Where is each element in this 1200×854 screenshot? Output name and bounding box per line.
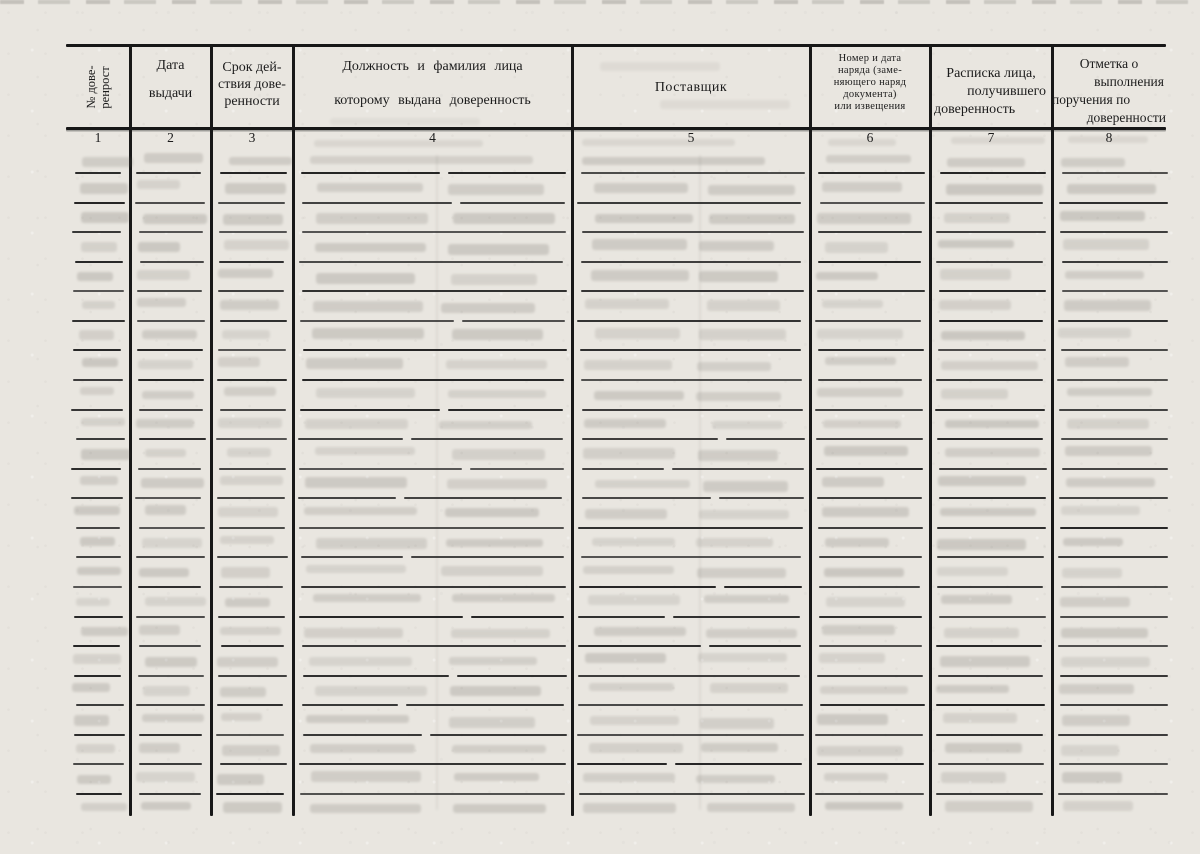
blank-row-line <box>217 556 288 558</box>
ghost-bleed-text <box>945 743 1021 754</box>
ghost-bleed-text <box>590 716 679 725</box>
column-number-3: 3 <box>211 130 293 148</box>
ghost-bleed-text <box>1062 772 1123 783</box>
blank-row-line <box>818 231 922 233</box>
blank-row-line <box>1062 468 1168 470</box>
ghost-bleed-text <box>223 802 282 812</box>
ghost-bleed-text <box>305 477 406 488</box>
blank-row-line <box>75 172 121 174</box>
ghost-bleed-text <box>315 447 415 456</box>
ghost-bleed-text <box>74 506 119 515</box>
blank-row-line <box>137 290 203 292</box>
ghost-bleed-text <box>317 183 423 193</box>
blank-row-line <box>457 675 567 677</box>
ghost-bleed-text <box>826 597 905 607</box>
blank-row-line <box>1062 261 1168 263</box>
blank-row-line <box>138 468 202 470</box>
ghost-bleed-text <box>145 505 186 515</box>
blank-row-line <box>216 793 284 795</box>
blank-row-line <box>219 468 286 470</box>
blank-row-line <box>1058 734 1168 736</box>
blank-row-line <box>73 290 124 292</box>
ghost-bleed-text <box>304 507 417 515</box>
ghost-bleed-text <box>822 507 909 517</box>
blank-row-line <box>936 261 1043 263</box>
blank-row-line <box>939 497 1046 499</box>
ghost-bleed-text <box>139 743 181 753</box>
blank-row-line <box>719 497 804 499</box>
blank-row-line <box>816 468 924 470</box>
column-number-1: 1 <box>66 130 130 148</box>
header-line: № дове- <box>84 65 98 108</box>
ghost-bleed-text <box>82 358 118 367</box>
ghost-bleed-text <box>937 567 1009 576</box>
blank-row-line <box>299 261 563 263</box>
ghost-bleed-text <box>225 598 270 607</box>
blank-row-line <box>137 320 205 322</box>
ghost-bleed-text <box>224 387 275 396</box>
scanned-page: № дове- ренрост Дата выдачи Срок дей- ст… <box>0 0 1200 854</box>
column-divider-3-4 <box>292 44 295 816</box>
ghost-bleed-text <box>1067 388 1152 396</box>
ghost-bleed-text <box>1064 300 1151 311</box>
blank-row-line <box>462 320 565 322</box>
ghost-bleed-text <box>582 139 735 146</box>
ghost-bleed-text <box>81 449 130 460</box>
ghost-bleed-text <box>137 270 190 281</box>
blank-row-line <box>138 379 204 381</box>
blank-row-line <box>1059 202 1168 204</box>
ghost-bleed-text <box>81 627 128 637</box>
ghost-bleed-text <box>145 449 186 457</box>
blank-row-line <box>1060 704 1168 706</box>
ghost-bleed-text <box>940 269 1012 280</box>
ghost-bleed-text <box>1060 211 1145 221</box>
ghost-bleed-text <box>706 629 797 638</box>
ghost-bleed-text <box>218 507 277 517</box>
ghost-bleed-text <box>595 328 680 339</box>
blank-row-line <box>577 202 801 204</box>
ghost-bleed-text <box>824 446 909 456</box>
blank-row-line <box>578 645 701 647</box>
blank-row-line <box>74 202 124 204</box>
ghost-bleed-text <box>222 745 280 756</box>
blank-row-line <box>302 379 564 381</box>
ghost-bleed-text <box>137 180 180 188</box>
blank-row-line <box>219 261 284 263</box>
ghost-bleed-text <box>220 687 266 698</box>
ghost-bleed-text <box>1066 478 1155 487</box>
blank-row-line <box>1062 290 1168 292</box>
ghost-bleed-text <box>1068 136 1149 143</box>
ghost-bleed-text <box>446 539 544 548</box>
blank-row-line <box>675 763 802 765</box>
blank-row-line <box>298 497 396 499</box>
ghost-bleed-text <box>936 685 1009 693</box>
ghost-bleed-text <box>1061 657 1149 667</box>
ghost-bleed-text <box>306 565 406 574</box>
blank-row-line <box>818 527 923 529</box>
ghost-bleed-text <box>227 448 271 457</box>
ghost-bleed-text <box>824 568 904 577</box>
blank-row-line <box>582 409 803 411</box>
ghost-bleed-text <box>584 419 666 428</box>
ghost-bleed-text <box>142 391 193 399</box>
ghost-bleed-text <box>1061 628 1147 638</box>
ghost-bleed-text <box>937 539 1025 550</box>
ghost-bleed-text <box>77 272 113 281</box>
blank-row-line <box>1061 438 1168 440</box>
ghost-bleed-text <box>447 479 547 489</box>
ghost-bleed-text <box>80 183 128 193</box>
ghost-bleed-text <box>828 139 895 146</box>
ghost-bleed-text <box>1062 568 1122 579</box>
blank-row-line <box>937 586 1043 588</box>
ghost-bleed-text <box>143 686 190 696</box>
blank-row-line <box>76 438 125 440</box>
spacer <box>130 74 211 85</box>
blank-row-line <box>577 320 801 322</box>
blank-row-line <box>136 616 204 618</box>
ghost-bleed-line <box>699 155 701 810</box>
ghost-bleed-text <box>454 773 539 781</box>
ghost-bleed-text <box>222 330 270 339</box>
blank-row-line <box>579 793 805 795</box>
ghost-bleed-text <box>594 627 686 636</box>
blank-row-line <box>578 704 803 706</box>
blank-row-line <box>818 349 924 351</box>
ghost-bleed-text <box>316 213 429 223</box>
blank-row-line <box>1058 320 1168 322</box>
ghost-bleed-text <box>315 243 427 253</box>
ghost-bleed-text <box>822 625 896 635</box>
blank-row-line <box>1062 172 1168 174</box>
ghost-bleed-text <box>944 213 1009 223</box>
ghost-bleed-text <box>1067 419 1149 430</box>
blank-row-line <box>581 556 800 558</box>
ghost-bleed-text <box>824 773 888 781</box>
ghost-bleed-text <box>940 656 1030 667</box>
header-line: выдачи <box>130 85 211 102</box>
blank-row-line <box>303 675 449 677</box>
ghost-bleed-text <box>945 448 1039 457</box>
ghost-bleed-text <box>313 594 421 602</box>
ghost-bleed-text <box>945 801 1033 811</box>
column-header-completion-mark: Отметка о выполнения поручения по довере… <box>1052 47 1166 135</box>
ghost-bleed-text <box>217 657 278 668</box>
blank-row-line <box>137 349 203 351</box>
ghost-bleed-text <box>938 476 1027 486</box>
ghost-bleed-text <box>817 714 888 724</box>
column-divider-7-8 <box>1051 44 1054 816</box>
blank-row-line <box>71 497 123 499</box>
ghost-bleed-text <box>1063 801 1132 810</box>
blank-row-line <box>819 556 922 558</box>
column-divider-5-6 <box>809 44 812 816</box>
blank-row-line <box>820 202 925 204</box>
blank-row-line <box>76 793 123 795</box>
ghost-bleed-text <box>941 389 1008 399</box>
column-header-supplier: Поставщик <box>572 47 810 127</box>
blank-row-line <box>939 616 1046 618</box>
blank-row-line <box>582 497 711 499</box>
blank-row-line <box>139 763 202 765</box>
blank-row-line <box>817 763 924 765</box>
blank-row-line <box>1057 379 1168 381</box>
ghost-bleed-text <box>136 772 194 783</box>
ghost-bleed-text <box>589 743 683 754</box>
ghost-bleed-text <box>142 714 204 722</box>
ghost-bleed-text <box>822 477 884 487</box>
blank-row-line <box>217 704 283 706</box>
ghost-bleed-text <box>592 538 675 547</box>
blank-row-line <box>302 704 398 706</box>
ghost-bleed-text <box>697 568 786 578</box>
blank-row-line <box>935 202 1042 204</box>
rotated-header-text: № дове- ренрост <box>84 65 112 108</box>
ghost-bleed-text <box>817 746 903 757</box>
blank-row-line <box>302 645 566 647</box>
ghost-bleed-text <box>825 538 890 547</box>
header-line: ренрост <box>98 65 112 108</box>
blank-row-line <box>303 349 567 351</box>
blank-row-line <box>815 409 922 411</box>
ghost-bleed-text <box>583 448 675 459</box>
ghost-bleed-text <box>139 568 189 577</box>
blank-row-line <box>578 527 803 529</box>
blank-row-line <box>448 409 564 411</box>
blank-row-line <box>140 261 204 263</box>
blank-row-line <box>299 527 565 529</box>
ghost-bleed-text <box>448 390 546 398</box>
blank-row-line <box>73 645 121 647</box>
ghost-bleed-text <box>708 185 795 195</box>
blank-row-line <box>709 645 801 647</box>
blank-row-line <box>936 734 1044 736</box>
blank-row-line <box>578 616 665 618</box>
blank-row-line <box>302 290 567 292</box>
ghost-bleed-text <box>304 628 403 639</box>
ghost-bleed-text <box>591 270 689 281</box>
blank-row-line <box>135 497 201 499</box>
ghost-bleed-text <box>229 157 293 165</box>
blank-row-line <box>219 231 287 233</box>
ghost-bleed-text <box>600 62 720 71</box>
ghost-bleed-text <box>452 329 543 339</box>
page-top-scan-edge <box>0 0 1200 4</box>
ghost-bleed-text <box>699 241 774 251</box>
ghost-bleed-text <box>582 157 765 165</box>
ghost-bleed-text <box>703 481 787 491</box>
header-line: выполнения <box>1052 73 1166 91</box>
ghost-bleed-text <box>819 653 885 663</box>
ghost-bleed-text <box>704 595 789 603</box>
ghost-bleed-text <box>446 360 547 369</box>
ghost-bleed-text <box>305 419 409 429</box>
ghost-bleed-text <box>951 137 1045 144</box>
blank-row-line <box>73 349 121 351</box>
blank-row-line <box>1060 231 1168 233</box>
ghost-bleed-text <box>224 240 288 250</box>
ghost-bleed-text <box>82 301 115 310</box>
blank-row-line <box>139 793 201 795</box>
blank-row-line <box>726 438 804 440</box>
blank-row-line <box>1058 793 1168 795</box>
blank-row-line <box>1059 497 1168 499</box>
ghost-bleed-text <box>137 298 186 306</box>
header-line: ренности <box>211 93 293 110</box>
ghost-bleed-text <box>74 715 108 726</box>
ghost-bleed-text <box>142 330 196 338</box>
blank-row-line <box>71 409 123 411</box>
blank-row-line <box>938 763 1044 765</box>
ghost-bleed-text <box>221 713 262 721</box>
header-line: доверенности <box>1052 109 1166 127</box>
ghost-bleed-text <box>449 717 534 728</box>
ghost-bleed-text <box>439 421 532 430</box>
blank-row-line <box>136 556 206 558</box>
blank-row-line <box>299 468 462 470</box>
ghost-bleed-text <box>441 303 534 313</box>
header-line: документа) <box>810 89 930 101</box>
ghost-bleed-text <box>820 686 908 694</box>
blank-row-line <box>818 379 921 381</box>
ghost-bleed-text <box>826 155 911 163</box>
ghost-bleed-text <box>583 803 676 813</box>
blank-row-line <box>135 202 205 204</box>
ghost-bleed-text <box>707 300 779 310</box>
blank-row-line <box>817 497 921 499</box>
ghost-bleed-text <box>825 242 889 253</box>
ghost-bleed-line <box>436 155 438 810</box>
ghost-bleed-text <box>944 628 1019 639</box>
ghost-bleed-text <box>144 153 202 164</box>
blank-row-line <box>218 290 284 292</box>
ghost-bleed-text <box>941 772 1007 782</box>
blank-row-line <box>937 438 1043 440</box>
ghost-bleed-text <box>699 329 785 339</box>
blank-row-line <box>221 645 285 647</box>
header-line: Срок дей- <box>211 59 293 76</box>
column-header-validity: Срок дей- ствия дове- ренности <box>211 47 293 139</box>
ghost-bleed-text <box>1065 357 1129 367</box>
ghost-bleed-text <box>316 388 415 398</box>
blank-row-line <box>936 793 1044 795</box>
blank-row-line <box>724 586 802 588</box>
ghost-bleed-text <box>136 419 194 428</box>
ghost-bleed-text <box>218 418 281 428</box>
ghost-bleed-text <box>72 683 110 691</box>
blank-row-line <box>139 645 201 647</box>
ghost-bleed-text <box>1061 506 1139 515</box>
ghost-bleed-text <box>1067 184 1155 195</box>
ghost-bleed-text <box>313 301 423 312</box>
blank-row-line <box>75 261 123 263</box>
blank-row-line <box>303 734 422 736</box>
ghost-bleed-text <box>594 391 685 401</box>
column-header-issue-date: Дата выдачи <box>130 47 211 137</box>
ghost-bleed-text <box>592 239 686 250</box>
ghost-bleed-text <box>585 653 666 663</box>
blank-row-line <box>1058 645 1168 647</box>
ghost-bleed-text <box>453 804 546 813</box>
blank-row-line <box>71 468 121 470</box>
ghost-bleed-text <box>1059 684 1134 694</box>
ghost-bleed-text <box>309 657 412 666</box>
blank-row-line <box>136 172 202 174</box>
blank-row-line <box>139 231 203 233</box>
ghost-bleed-text <box>1061 745 1118 756</box>
ghost-bleed-text <box>1065 446 1152 456</box>
ghost-bleed-text <box>583 566 674 574</box>
ghost-bleed-text <box>945 420 1039 429</box>
ghost-bleed-text <box>145 657 197 667</box>
blank-row-line <box>218 349 286 351</box>
ghost-bleed-text <box>448 184 544 194</box>
blank-row-line <box>404 497 562 499</box>
blank-row-line <box>1060 616 1168 618</box>
ghost-bleed-text <box>139 625 180 635</box>
blank-row-line <box>217 379 287 381</box>
blank-row-line <box>216 438 287 440</box>
ghost-bleed-text <box>1063 239 1149 249</box>
blank-row-line <box>72 231 121 233</box>
ghost-bleed-text <box>81 212 129 222</box>
ghost-bleed-text <box>817 388 903 397</box>
ghost-bleed-text <box>451 274 537 285</box>
blank-row-line <box>74 616 123 618</box>
ghost-bleed-text <box>441 566 543 576</box>
blank-row-line <box>73 763 124 765</box>
blank-row-line <box>72 320 124 322</box>
ghost-bleed-text <box>452 594 554 602</box>
ghost-bleed-text <box>310 804 421 813</box>
blank-row-line <box>1060 527 1168 529</box>
ghost-bleed-text <box>1060 597 1130 607</box>
blank-row-line <box>579 586 716 588</box>
ghost-bleed-text <box>817 213 911 224</box>
ghost-bleed-text <box>1058 328 1130 337</box>
ghost-bleed-text <box>825 802 903 810</box>
ghost-bleed-text <box>220 476 283 485</box>
ghost-bleed-text <box>712 421 784 430</box>
blank-row-line <box>1058 556 1168 558</box>
blank-row-line <box>219 527 285 529</box>
blank-row-line <box>936 645 1042 647</box>
ghost-bleed-text <box>448 244 548 254</box>
blank-row-line <box>136 704 205 706</box>
ghost-bleed-text <box>1063 538 1123 547</box>
ghost-bleed-text <box>595 480 689 488</box>
blank-row-line <box>73 379 123 381</box>
blank-row-line <box>581 172 805 174</box>
blank-row-line <box>935 409 1045 411</box>
blank-row-line <box>816 438 924 440</box>
ghost-bleed-text <box>701 743 778 752</box>
ghost-bleed-text <box>941 331 1025 341</box>
blank-row-line <box>302 231 567 233</box>
blank-row-line <box>430 734 566 736</box>
blank-row-line <box>299 616 463 618</box>
ghost-bleed-text <box>453 213 556 223</box>
ghost-bleed-text <box>1065 271 1144 280</box>
ghost-bleed-text <box>699 510 788 519</box>
blank-row-line <box>818 261 922 263</box>
blank-row-line <box>818 172 925 174</box>
column-divider-6-7 <box>929 44 932 816</box>
ghost-bleed-text <box>449 657 537 665</box>
blank-row-line <box>672 468 804 470</box>
